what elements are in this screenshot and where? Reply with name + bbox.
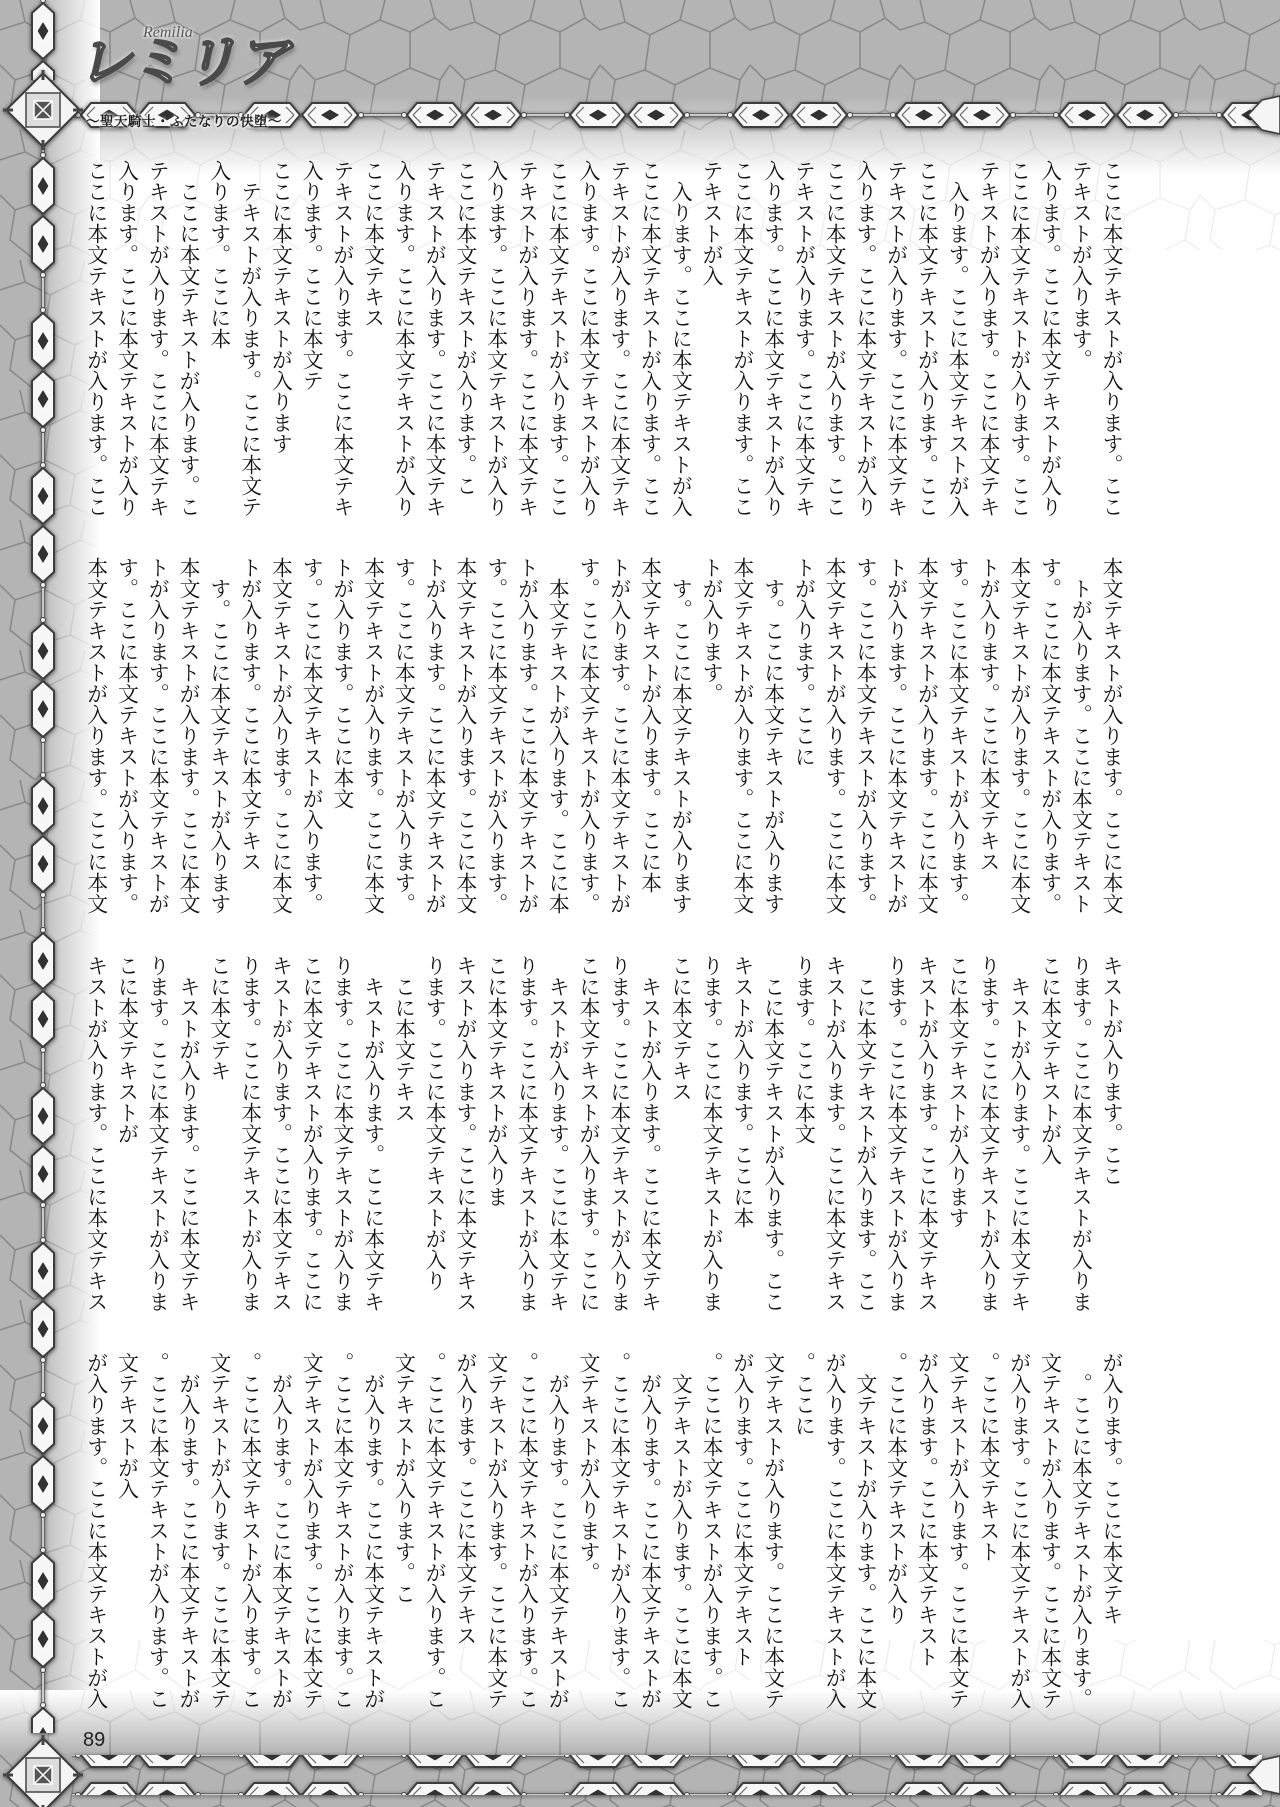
text-column: テキストが入ります。ここに本文テキ	[512, 160, 543, 524]
text-column: 入ります。ここに本文テキストが入り	[758, 160, 789, 524]
text-column: 入ります。ここに本文テキストが入	[666, 160, 697, 524]
text-column: ここに本文テキストが入ります。ここ	[819, 160, 850, 524]
text-column: ここに本文テキストが入ります。ここ	[1096, 160, 1127, 524]
text-column: テキストが入ります。ここに本文テキ	[604, 160, 635, 524]
text-column: ここに本文テキストが入ります。こ	[173, 160, 204, 524]
text-column: 文テキストが入ります。	[573, 1352, 604, 1716]
text-column: が入ります。ここに本文テキストが	[173, 1352, 204, 1716]
text-column: ります。ここに本文テキストが入りま	[973, 955, 1004, 1319]
text-column: 文テキストが入ります。ここに本文テ	[1035, 1352, 1066, 1716]
title-subtitle: 〜聖天騎士・ふたなりの快堕〜	[86, 110, 282, 130]
text-column: トが入ります。ここに本文	[327, 557, 358, 921]
text-column: 本文テキストが入ります。ここに本文	[450, 557, 481, 921]
text-column: 入ります。ここに本文テキストが入り	[850, 160, 881, 524]
text-column: す。ここに本文テキストが入ります。	[850, 557, 881, 921]
text-column: こに本文テキストが入	[1035, 955, 1066, 1319]
text-column: 本文テキストが入ります。ここに本文	[819, 557, 850, 921]
text-column: ここに本文テキストが入ります。ここ	[1004, 160, 1035, 524]
text-column: こに本文テキ	[204, 955, 235, 1319]
text-column: ります。ここに本文テキストが入りま	[512, 955, 543, 1319]
text-column: こに本文テキス	[389, 955, 420, 1319]
text-column: 。ここに本文テキストが入ります。こ	[327, 1352, 358, 1716]
text-column: 本文テキストが入ります。ここに本文	[1004, 557, 1035, 921]
text-column: す。ここに本文テキストが入ります。	[573, 557, 604, 921]
text-column: 本文テキストが入ります。ここに本文	[173, 557, 204, 921]
text-column: トが入ります。ここに本文テキスト	[1065, 557, 1096, 921]
text-column: ります。ここに本文テキストが入りま	[143, 955, 174, 1319]
text-column: テキストが入ります。ここに本文テキ	[789, 160, 820, 524]
text-column: トが入ります。	[696, 557, 727, 921]
text-column: ります。ここに本文テキストが入りま	[1065, 955, 1096, 1319]
text-column: ります。ここに本文テキストが入りま	[881, 955, 912, 1319]
text-column: 本文テキストが入ります。ここに本文	[912, 557, 943, 921]
text-column: 。ここに本文テキストが入ります。こ	[419, 1352, 450, 1716]
text-column: 。ここに本文テキストが入ります。	[1065, 1352, 1096, 1716]
text-column: こに本文テキストが	[112, 955, 143, 1319]
text-column: 本文テキストが入ります。ここに本文	[266, 557, 297, 921]
text-column: が入ります。ここに本文テキ	[1096, 1352, 1127, 1716]
text-column: ここに本文テキストが入ります。こ	[450, 160, 481, 524]
text-column: テキストが入ります。	[1065, 160, 1096, 524]
text-column: 。ここに	[789, 1352, 820, 1716]
text-column: が入ります。ここに本文テキスト	[727, 1352, 758, 1716]
text-column: キストが入ります。ここに本文テキ	[635, 955, 666, 1319]
text-column: が入ります。ここに本文テキストが	[635, 1352, 666, 1716]
text-column: が入ります。ここに本文テキストが	[358, 1352, 389, 1716]
text-column: 。ここに本文テキストが入ります。こ	[512, 1352, 543, 1716]
text-column: 本文テキストが入ります。ここに本文	[727, 557, 758, 921]
text-tier-1: ここに本文テキストが入ります。ここテキストが入ります。入ります。ここに本文テキス…	[81, 160, 1127, 524]
text-column: キストが入ります。ここに本文テキス	[912, 955, 943, 1319]
text-column: 入ります。ここに本文テキストが入り	[1035, 160, 1066, 524]
text-column: こに本文テキストが入ります。ここ	[758, 955, 789, 1319]
text-column: す。ここに本文テキストが入ります。	[481, 557, 512, 921]
text-column: 入ります。ここに本文テキストが入り	[389, 160, 420, 524]
text-column: トが入ります。ここに	[789, 557, 820, 921]
text-column: ここに本文テキストが入ります。ここ	[912, 160, 943, 524]
text-column: キストが入ります。ここに本文テキ	[173, 955, 204, 1319]
text-column: テキストが入ります。ここに本文テキ	[881, 160, 912, 524]
text-column: 本文テキストが入ります。ここに本	[542, 557, 573, 921]
text-column: が入ります。ここに本文テキストが入	[819, 1352, 850, 1716]
text-column: ここに本文テキストが入ります	[266, 160, 297, 524]
text-column: 文テキストが入ります。ここに本文テ	[942, 1352, 973, 1716]
text-column: テキストが入ります。ここに本文テ	[235, 160, 266, 524]
text-column: 入ります。ここに本文テキストが入り	[112, 160, 143, 524]
text-tier-4: が入ります。ここに本文テキ 。ここに本文テキストが入ります。文テキストが入ります…	[81, 1352, 1127, 1716]
text-column: ここに本文テキストが入ります。ここ	[727, 160, 758, 524]
text-tier-2: 本文テキストが入ります。ここに本文 トが入ります。ここに本文テキストす。ここに本…	[81, 557, 1127, 921]
text-column: す。ここに本文テキストが入ります	[204, 557, 235, 921]
text-column: こに本文テキストが入りま	[481, 955, 512, 1319]
text-column: キストが入ります。ここに本文テキス	[81, 955, 112, 1319]
text-column: こに本文テキス	[666, 955, 697, 1319]
text-column: トが入ります。ここに本文テキストが	[419, 557, 450, 921]
text-column: ここに本文テキストが入ります。ここ	[635, 160, 666, 524]
text-column: トが入ります。ここに本文テキス	[235, 557, 266, 921]
text-column: す。ここに本文テキストが入ります。	[942, 557, 973, 921]
text-column: が入ります。ここに本文テキス	[450, 1352, 481, 1716]
text-column: 文テキストが入ります。こ	[389, 1352, 420, 1716]
text-column: 本文テキストが入ります。ここに本文	[81, 557, 112, 921]
text-column: 文テキストが入ります。ここに本文	[850, 1352, 881, 1716]
text-column: トが入ります。ここに本文テキス	[973, 557, 1004, 921]
text-column: こに本文テキストが入ります	[942, 955, 973, 1319]
text-column: 入ります。ここに本文テ	[296, 160, 327, 524]
text-column: ります。ここに本文テキストが入り	[419, 955, 450, 1319]
text-column: が入ります。ここに本文テキストが	[542, 1352, 573, 1716]
text-column: す。ここに本文テキストが入ります。	[296, 557, 327, 921]
text-column: 。ここに本文テキストが入り	[881, 1352, 912, 1716]
text-column: トが入ります。ここに本文テキストが	[604, 557, 635, 921]
text-column: が入ります。ここに本文テキストが入	[1004, 1352, 1035, 1716]
text-column: 文テキストが入ります。ここに本文テ	[204, 1352, 235, 1716]
text-column: 文テキストが入	[112, 1352, 143, 1716]
text-column: が入ります。ここに本文テキストが入	[81, 1352, 112, 1716]
text-column: トが入ります。ここに本文テキストが	[512, 557, 543, 921]
text-column: が入ります。ここに本文テキスト	[912, 1352, 943, 1716]
text-column: す。ここに本文テキストが入ります。	[1035, 557, 1066, 921]
text-column: ここに本文テキストが入ります。ここ	[81, 160, 112, 524]
page-number: 89	[83, 1729, 105, 1752]
text-column: ここに本文テキストが入ります。ここ	[542, 160, 573, 524]
text-column: す。ここに本文テキストが入ります	[758, 557, 789, 921]
text-column: ります。ここに本文テキストが入りま	[235, 955, 266, 1319]
text-column: こに本文テキストが入ります。ここに	[573, 955, 604, 1319]
text-column: キストが入ります。ここに本文テキス	[819, 955, 850, 1319]
text-column: 本文テキストが入ります。ここに本	[635, 557, 666, 921]
text-column: 入ります。ここに本	[204, 160, 235, 524]
text-column: が入ります。ここに本文テキストが	[266, 1352, 297, 1716]
text-column: 本文テキストが入ります。ここに本文	[1096, 557, 1127, 921]
text-column: 入ります。ここに本文テキストが入り	[481, 160, 512, 524]
text-column: テキストが入ります。ここに本文テキ	[419, 160, 450, 524]
text-column: テキストが入	[696, 160, 727, 524]
text-column: 入ります。ここに本文テキストが入り	[573, 160, 604, 524]
text-column: キストが入ります。ここに本文テキ	[1004, 955, 1035, 1319]
text-column: ここに本文テキス	[358, 160, 389, 524]
text-tier-3: キストが入ります。ここります。ここに本文テキストが入りまこに本文テキストが入 キ…	[81, 955, 1127, 1319]
text-column: 文テキストが入ります。ここに本文テ	[296, 1352, 327, 1716]
text-column: キストが入ります。ここに本文テキス	[266, 955, 297, 1319]
text-column: トが入ります。ここに本文テキストが	[143, 557, 174, 921]
text-column: 本文テキストが入ります。ここに本文	[358, 557, 389, 921]
text-column: 。ここに本文テキストが入ります。こ	[235, 1352, 266, 1716]
text-column: 。ここに本文テキスト	[973, 1352, 1004, 1716]
text-column: す。ここに本文テキストが入ります。	[112, 557, 143, 921]
text-column: ります。ここに本文テキストが入りま	[696, 955, 727, 1319]
text-column: キストが入ります。ここ	[1096, 955, 1127, 1319]
text-column: 。ここに本文テキストが入ります。こ	[143, 1352, 174, 1716]
text-column: す。ここに本文テキストが入ります	[666, 557, 697, 921]
text-column: キストが入ります。ここに本文テキ	[542, 955, 573, 1319]
text-column: ります。ここに本文テキストが入りま	[604, 955, 635, 1319]
text-column: 文テキストが入ります。ここに本文テ	[758, 1352, 789, 1716]
text-column: ります。ここに本文	[789, 955, 820, 1319]
text-column: キストが入ります。ここに本文テキス	[450, 955, 481, 1319]
text-column: キストが入ります。ここに本	[727, 955, 758, 1319]
text-column: 入ります。ここに本文テキストが入	[942, 160, 973, 524]
text-column: ります。ここに本文テキストが入りま	[327, 955, 358, 1319]
text-column: こに本文テキストが入ります。ここ	[850, 955, 881, 1319]
text-column: す。ここに本文テキストが入ります。	[389, 557, 420, 921]
title-main: レミリア	[73, 30, 308, 100]
text-column: 。ここに本文テキストが入ります。こ	[604, 1352, 635, 1716]
text-column: こに本文テキストが入ります。ここに	[296, 955, 327, 1319]
text-column: キストが入ります。ここに本文テキ	[358, 955, 389, 1319]
text-column: 。ここに本文テキストが入ります。こ	[696, 1352, 727, 1716]
text-column: 文テキストが入ります。ここに本文テ	[481, 1352, 512, 1716]
text-column: テキストが入ります。ここに本文テキ	[973, 160, 1004, 524]
text-column: テキストが入ります。ここに本文テキ	[327, 160, 358, 524]
text-column: テキストが入ります。ここに本文テキ	[143, 160, 174, 524]
text-column: 文テキストが入ります。ここに本文	[666, 1352, 697, 1716]
text-column: トが入ります。ここに本文テキストが	[881, 557, 912, 921]
